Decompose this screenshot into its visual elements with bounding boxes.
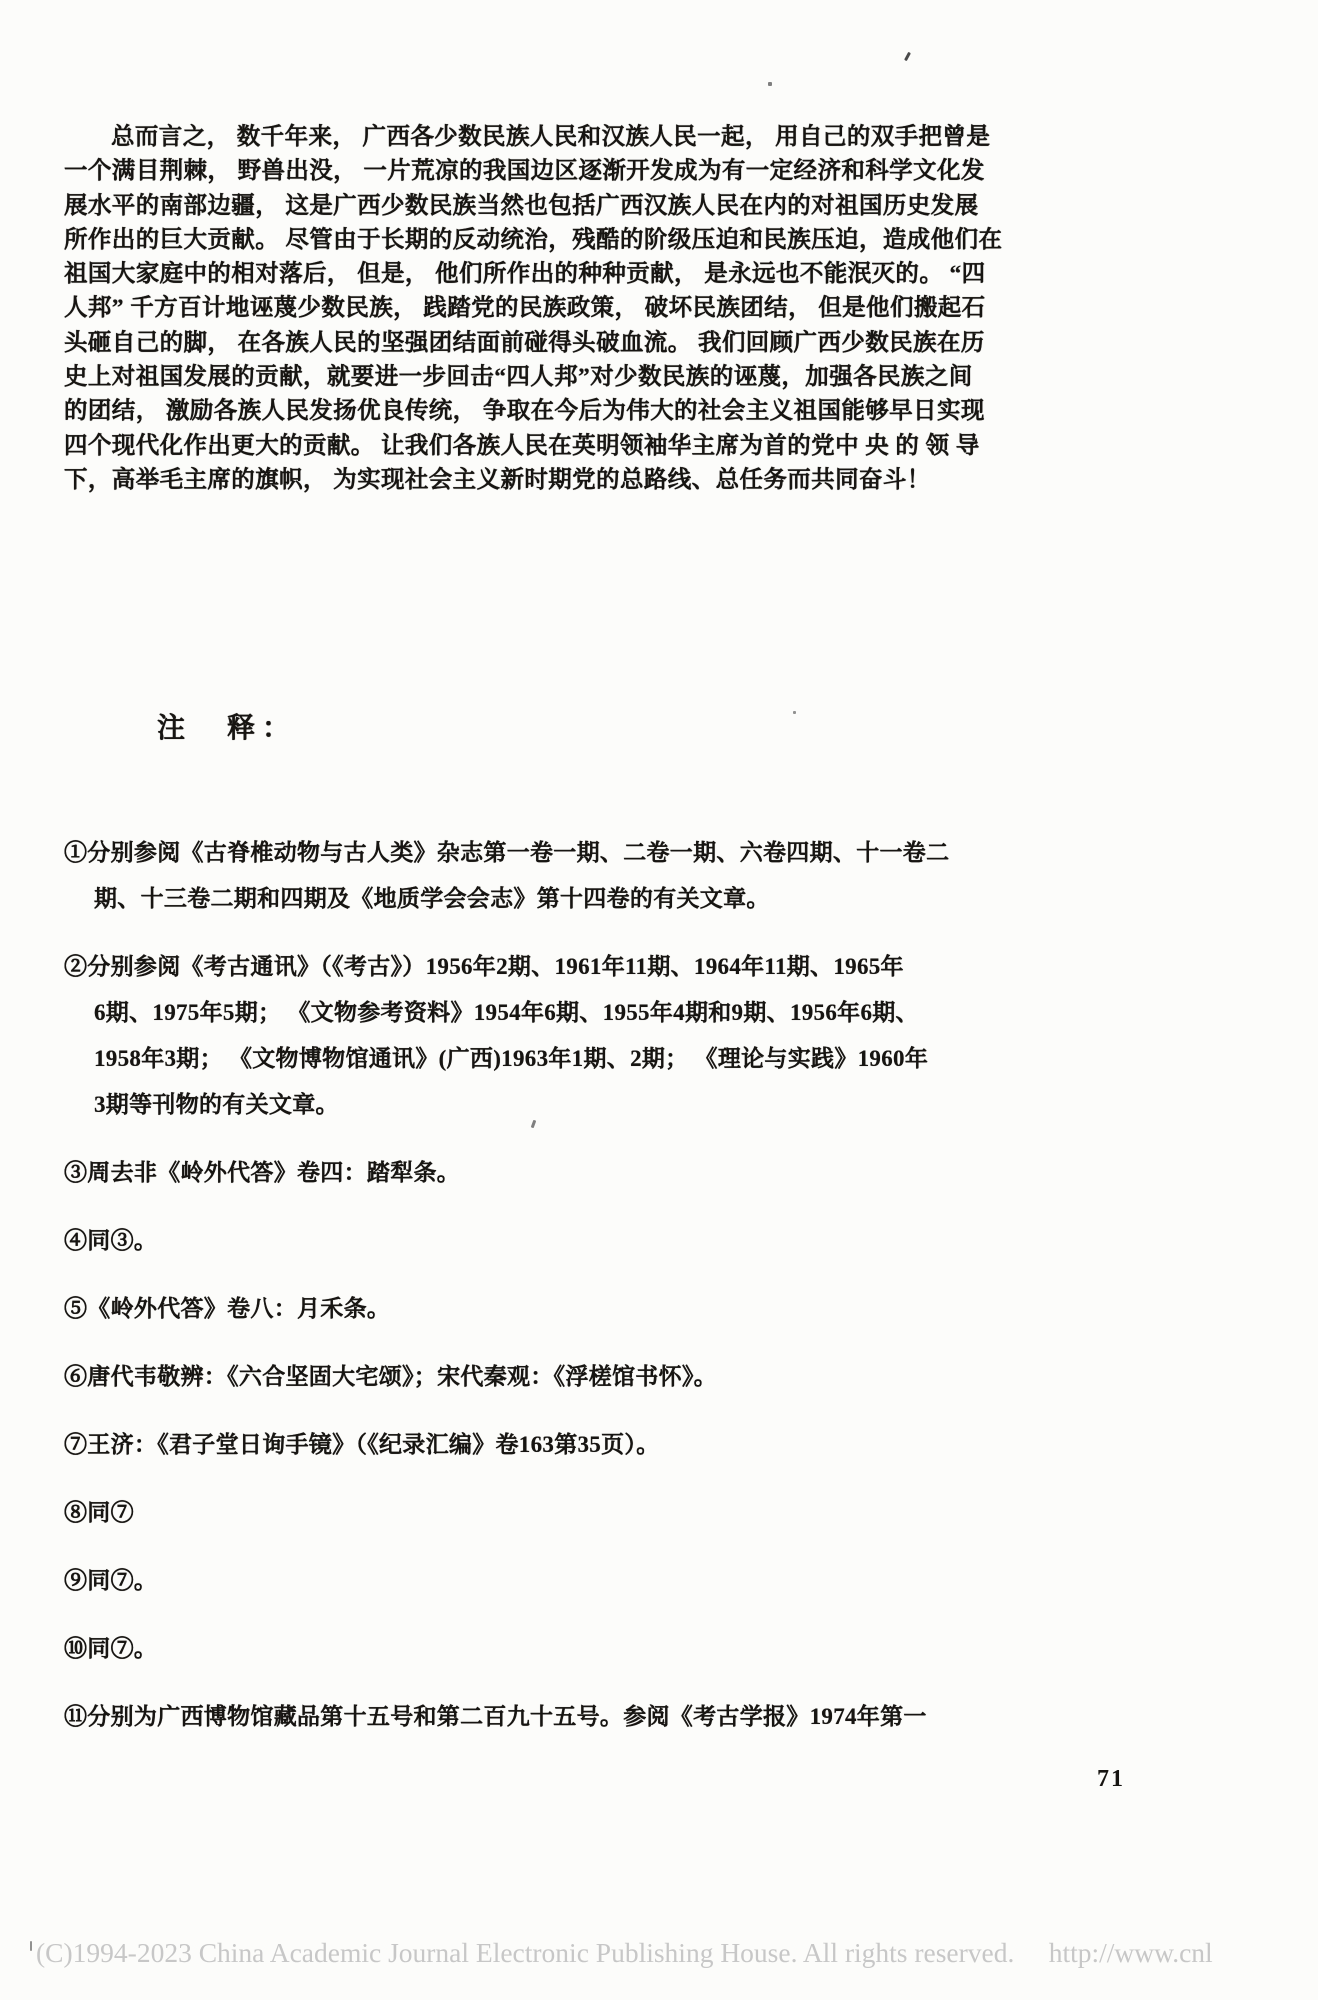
footnote-line: ⑦王济：《君子堂日询手镜》（《纪录汇编》卷163第35页）。: [64, 1422, 974, 1468]
page-number: 71: [1097, 1766, 1125, 1793]
footnote-line: 期、十三卷二期和四期及《地质学会会志》第十四卷的有关文章。: [64, 876, 974, 922]
scanned-journal-page: 总而言之， 数千年来， 广西各少数民族人民和汉族人民一起， 用自己的双手把曾是 …: [0, 0, 1318, 2000]
scan-speck: [904, 52, 911, 61]
footnote-10: ⑩同⑦。: [64, 1626, 974, 1672]
footnote-line: ④同③。: [64, 1218, 974, 1264]
paragraph-line: 人邦” 千方百计地诬蔑少数民族， 践踏党的民族政策， 破坏民族团结， 但是他们搬…: [64, 291, 954, 325]
notes-section-heading: 注 释：: [157, 706, 297, 746]
footnote-line: ⑤《岭外代答》卷八：月禾条。: [64, 1286, 974, 1332]
paragraph-line: 头砸自己的脚， 在各族人民的坚强团结面前碰得头破血流。 我们回顾广西少数民族在历: [64, 326, 954, 360]
footnote-line: 6期、1975年5期； 《文物参考资料》1954年6期、1955年4期和9期、1…: [64, 990, 974, 1036]
footnote-5: ⑤《岭外代答》卷八：月禾条。: [64, 1286, 974, 1332]
footnote-2: ②分别参阅《考古通讯》（《考古》）1956年2期、1961年11期、1964年1…: [64, 944, 974, 1128]
paragraph-line: 所作出的巨大贡献。 尽管由于长期的反动统治，残酷的阶级压迫和民族压迫，造成他们在: [64, 223, 954, 257]
paragraph-line: 展水平的南部边疆， 这是广西少数民族当然也包括广西汉族人民在内的对祖国历史发展: [64, 189, 954, 223]
footnotes-list: ①分别参阅《古脊椎动物与古人类》杂志第一卷一期、二卷一期、六卷四期、十一卷二 期…: [64, 830, 974, 1762]
paragraph-line: 一个满目荆棘， 野兽出没， 一片荒凉的我国边区逐渐开发成为有一定经济和科学文化发: [64, 154, 954, 188]
footnote-line: ⑩同⑦。: [64, 1626, 974, 1672]
paragraph-line: 总而言之， 数千年来， 广西各少数民族人民和汉族人民一起， 用自己的双手把曾是: [64, 120, 954, 154]
footnote-1: ①分别参阅《古脊椎动物与古人类》杂志第一卷一期、二卷一期、六卷四期、十一卷二 期…: [64, 830, 974, 922]
footnote-6: ⑥唐代韦敬辨：《六合坚固大宅颂》；宋代秦观：《浮槎馆书怀》。: [64, 1354, 974, 1400]
footnote-line: 3期等刊物的有关文章。: [64, 1082, 974, 1128]
footnote-line: ⑧同⑦: [64, 1490, 974, 1536]
footnote-line: ①分别参阅《古脊椎动物与古人类》杂志第一卷一期、二卷一期、六卷四期、十一卷二: [64, 830, 974, 876]
copyright-watermark: (C)1994-2023 China Academic Journal Elec…: [36, 1930, 1318, 1970]
paragraph-line: 四个现代化作出更大的贡献。 让我们各族人民在英明领袖华主席为首的党中 央 的 领…: [64, 429, 954, 463]
footnote-8: ⑧同⑦: [64, 1490, 974, 1536]
footnote-line: ⑨同⑦。: [64, 1558, 974, 1604]
scan-speck: [793, 711, 796, 714]
footnote-7: ⑦王济：《君子堂日询手镜》（《纪录汇编》卷163第35页）。: [64, 1422, 974, 1468]
footnote-4: ④同③。: [64, 1218, 974, 1264]
scan-speck: [768, 82, 772, 86]
footnote-line: 1958年3期； 《文物博物馆通讯》(广西)1963年1期、2期； 《理论与实践…: [64, 1036, 974, 1082]
scan-speck: [30, 1941, 32, 1951]
footnote-3: ③周去非《岭外代答》卷四：踏犁条。: [64, 1150, 974, 1196]
footnote-9: ⑨同⑦。: [64, 1558, 974, 1604]
paragraph-line: 下，高举毛主席的旗帜， 为实现社会主义新时期党的总路线、总任务而共同奋斗！: [64, 463, 954, 497]
paragraph-line: 祖国大家庭中的相对落后， 但是， 他们所作出的种种贡献， 是永远也不能泯灭的。 …: [64, 257, 954, 291]
closing-paragraph: 总而言之， 数千年来， 广西各少数民族人民和汉族人民一起， 用自己的双手把曾是 …: [64, 120, 954, 497]
footnote-line: ⑥唐代韦敬辨：《六合坚固大宅颂》；宋代秦观：《浮槎馆书怀》。: [64, 1354, 974, 1400]
footnote-line: ③周去非《岭外代答》卷四：踏犁条。: [64, 1150, 974, 1196]
paragraph-line: 的团结， 激励各族人民发扬优良传统， 争取在今后为伟大的社会主义祖国能够早日实现: [64, 394, 954, 428]
footnote-11: ⑪分别为广西博物馆藏品第十五号和第二百九十五号。参阅《考古学报》1974年第一: [64, 1694, 974, 1740]
paragraph-line: 史上对祖国发展的贡献，就要进一步回击“四人邦”对少数民族的诬蔑，加强各民族之间: [64, 360, 954, 394]
footnote-line: ②分别参阅《考古通讯》（《考古》）1956年2期、1961年11期、1964年1…: [64, 944, 974, 990]
footnote-line: ⑪分别为广西博物馆藏品第十五号和第二百九十五号。参阅《考古学报》1974年第一: [64, 1694, 974, 1740]
